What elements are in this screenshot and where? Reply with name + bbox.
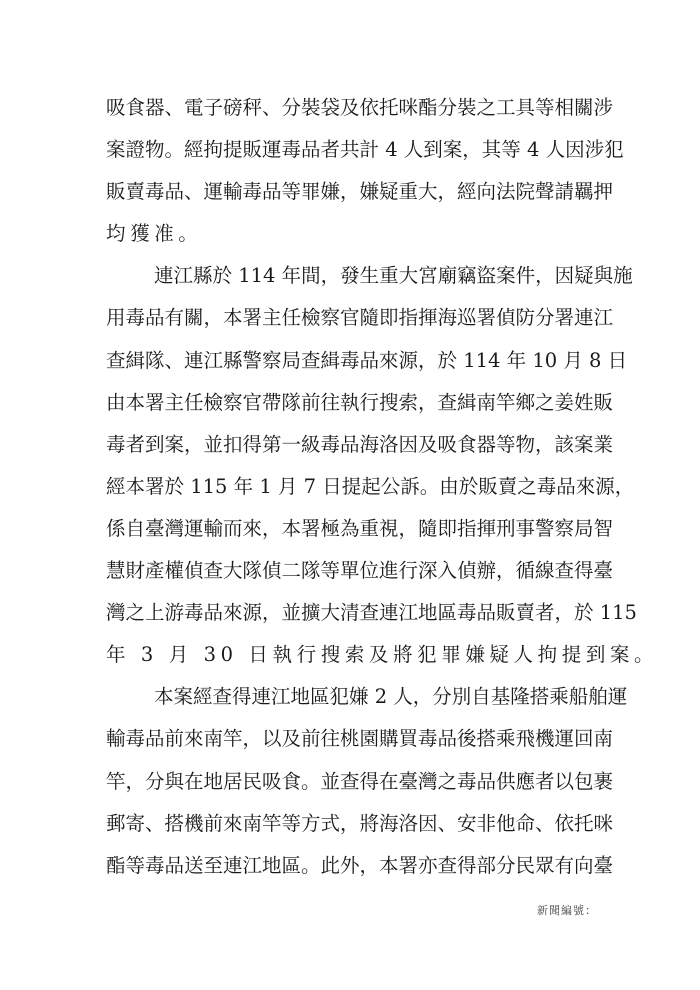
news-number-label: 新聞編號： xyxy=(537,902,597,918)
paragraph-2-line-4: 由本署主任檢察官帶隊前往執行搜索，查緝南竿鄉之姜姓販 xyxy=(106,391,593,433)
paragraph-2-line-2: 用毒品有關，本署主任檢察官隨即指揮海巡署偵防分署連江 xyxy=(106,306,593,348)
document-page: 吸食器、電子磅秤、分裝袋及依托咪酯分裝之工具等相關涉 案證物。經拘提販運毒品者共… xyxy=(0,0,700,990)
paragraph-2-line-3: 查緝隊、連江縣警察局查緝毒品來源，於 114 年 10 月 8 日 xyxy=(106,349,593,391)
paragraph-2-line-1: 連江縣於 114 年間，發生重大宮廟竊盜案件，因疑與施 xyxy=(106,264,593,306)
paragraph-2-line-5: 毒者到案，並扣得第一級毒品海洛因及吸食器等物，該案業 xyxy=(106,433,593,475)
paragraph-2-line-7: 係自臺灣運輸而來，本署極為重視，隨即指揮刑事警察局智 xyxy=(106,517,593,559)
paragraph-3-line-2: 輸毒品前來南竿，以及前往桃園購買毒品後搭乘飛機運回南 xyxy=(106,727,593,769)
paragraph-1-line-4: 均獲准。 xyxy=(106,222,593,264)
paragraph-3-line-3: 竿，分與在地居民吸食。並查得在臺灣之毒品供應者以包裹 xyxy=(106,770,593,812)
paragraph-1-line-1: 吸食器、電子磅秤、分裝袋及依托咪酯分裝之工具等相關涉 xyxy=(106,96,593,138)
document-body: 吸食器、電子磅秤、分裝袋及依托咪酯分裝之工具等相關涉 案證物。經拘提販運毒品者共… xyxy=(106,96,593,896)
paragraph-2-line-10: 年 3 月 30 日執行搜索及將犯罪嫌疑人拘提到案。 xyxy=(106,643,593,685)
paragraph-3-line-4: 郵寄、搭機前來南竿等方式，將海洛因、安非他命、依托咪 xyxy=(106,812,593,854)
paragraph-3-line-5: 酯等毒品送至連江地區。此外，本署亦查得部分民眾有向臺 xyxy=(106,854,593,896)
paragraph-2-line-8: 慧財產權偵查大隊偵二隊等單位進行深入偵辦，循線查得臺 xyxy=(106,559,593,601)
paragraph-1-line-3: 販賣毒品、運輸毒品等罪嫌，嫌疑重大，經向法院聲請羈押 xyxy=(106,180,593,222)
paragraph-2-line-9: 灣之上游毒品來源，並擴大清查連江地區毒品販賣者，於 115 xyxy=(106,601,593,643)
paragraph-2-line-6: 經本署於 115 年 1 月 7 日提起公訴。由於販賣之毒品來源， xyxy=(106,475,593,517)
paragraph-1-line-2: 案證物。經拘提販運毒品者共計 4 人到案，其等 4 人因涉犯 xyxy=(106,138,593,180)
paragraph-3-line-1: 本案經查得連江地區犯嫌 2 人，分別自基隆搭乘船舶運 xyxy=(106,685,593,727)
